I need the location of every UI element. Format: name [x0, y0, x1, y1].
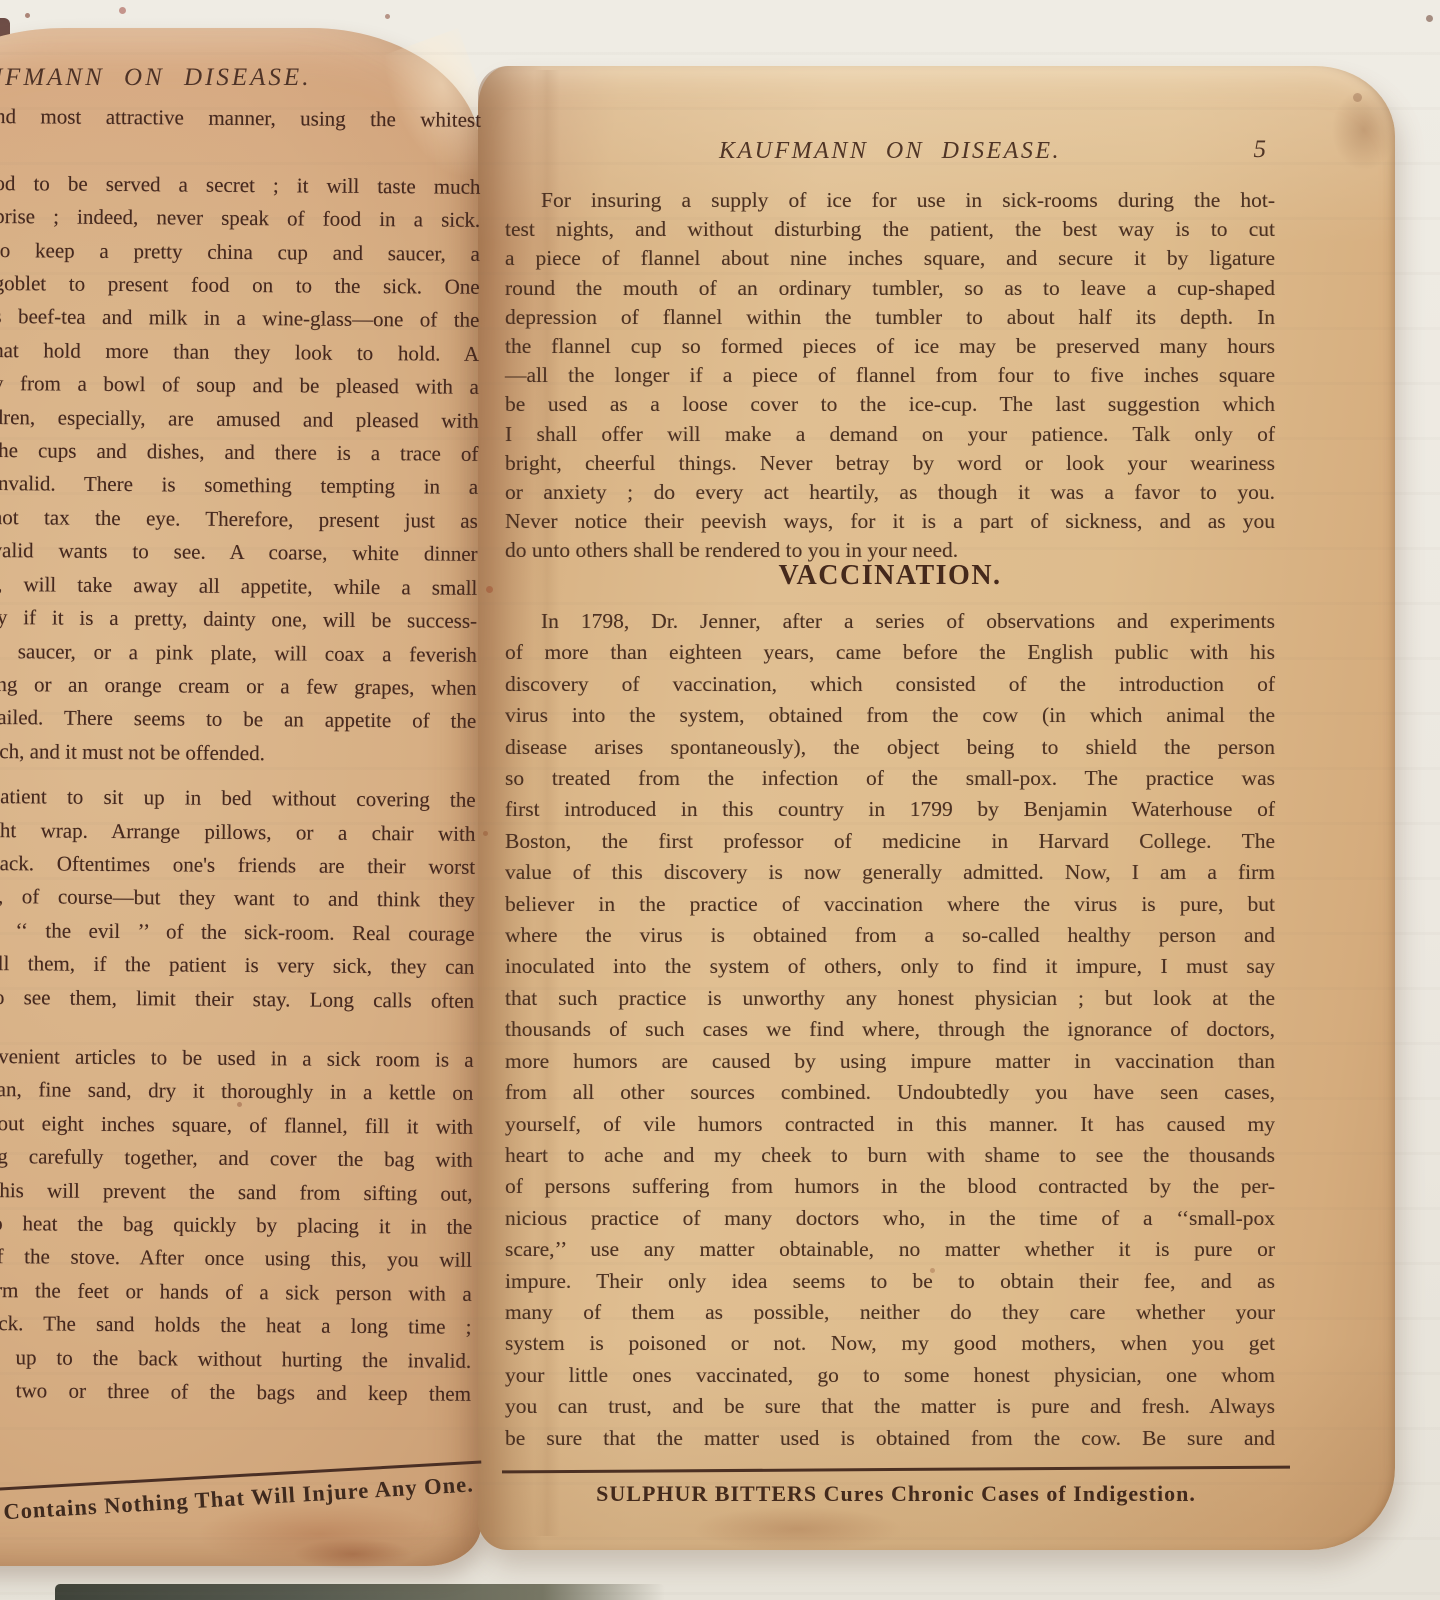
text-line: a piece of flannel about nine inches squ… — [505, 244, 1275, 273]
text-line: round the mouth of an ordinary tumbler, … — [505, 274, 1275, 303]
table-edge — [55, 1584, 665, 1600]
text-line: of persons suffering from humors in the … — [505, 1171, 1275, 1202]
text-line: disease arises spontaneously), the objec… — [505, 732, 1275, 763]
text-line: impure. Their only idea seems to be to o… — [505, 1266, 1275, 1297]
text-line: ell them, if the patient is very sick, t… — [0, 947, 474, 984]
text-line: nicious practice of many doctors who, in… — [505, 1203, 1275, 1234]
text-line: hat hold more than they look to hold. A — [0, 334, 479, 371]
text-line: system is poisoned or not. Now, my good … — [505, 1328, 1275, 1359]
text-line: failed. There seems to be an appetite of… — [0, 701, 476, 738]
text-line: ach, and it must not be offended. — [0, 735, 476, 772]
text-line: inoculated into the system of others, on… — [505, 951, 1275, 982]
text-line: rick. The sand holds the heat a long tim… — [0, 1307, 472, 1344]
text-line: y from a bowl of soup and be pleased wit… — [0, 367, 479, 404]
text-line: believer in the practice of vaccination … — [505, 889, 1275, 920]
text-line: od to be served a secret ; it will taste… — [0, 167, 481, 204]
text-line: where the virus is obtained from a so-ca… — [505, 920, 1275, 951]
right-running-header: KAUFMANN ON DISEASE. — [505, 138, 1275, 165]
text-line: e ‘‘ the evil ’’ of the sick-room. Real … — [0, 914, 475, 951]
text-line: to keep a pretty china cup and saucer, a — [0, 234, 480, 271]
text-line: test nights, and without disturbing the … — [505, 215, 1275, 244]
text-line: yourself, of vile humors contracted in t… — [505, 1109, 1275, 1140]
text-line: more humors are caused by using impure m… — [505, 1046, 1275, 1077]
right-footer-slogan: SULPHUR BITTERS Cures Chronic Cases of I… — [502, 1481, 1290, 1507]
text-line: of more than eighteen years, came before… — [505, 637, 1275, 668]
text-line: patient to sit up in bed without coverin… — [0, 780, 476, 817]
text-line: so treated from the infection of the sma… — [505, 763, 1275, 794]
text-line: Never notice their peevish ways, for it … — [505, 507, 1275, 536]
text-line: In 1798, Dr. Jenner, after a series of o… — [505, 606, 1275, 637]
text-line: heart to ache and my cheek to burn with … — [505, 1140, 1275, 1171]
left-paragraph: od to be served a secret ; it will taste… — [0, 167, 481, 772]
text-line: the flannel cup so formed pieces of ice … — [505, 332, 1275, 361]
text-line: not tax the eye. Therefore, present just… — [0, 501, 478, 538]
text-line: be sure that the matter used is obtained… — [505, 1423, 1275, 1454]
text-line: that such practice is unworthy any hones… — [505, 983, 1275, 1014]
text-line: the cups and dishes, and there is a trac… — [0, 434, 478, 471]
text-line: many of them as possible, neither do the… — [505, 1297, 1275, 1328]
text-line: ing or an orange cream or a few grapes, … — [0, 668, 477, 705]
text-line: value of this discovery is now generally… — [505, 857, 1275, 888]
text-line: thousands of such cases we find where, t… — [505, 1014, 1275, 1045]
text-line: nvenient articles to be used in a sick r… — [0, 1040, 474, 1077]
text-line: ly if it is a pretty, dainty one, will b… — [0, 601, 477, 638]
text-line: of the stove. After once using this, you… — [0, 1240, 472, 1277]
text-line: or anxiety ; do every act heartily, as t… — [505, 478, 1275, 507]
text-line: e two or three of the bags and keep them — [0, 1374, 471, 1411]
text-line: prise ; indeed, never speak of food in a… — [0, 200, 480, 237]
text-line: goblet to present food on to the sick. O… — [0, 267, 480, 304]
page-number: 5 — [1210, 136, 1266, 164]
left-paragraph-fragment: nd most attractive manner, using the whi… — [0, 100, 481, 171]
text-line: invalid. There is something tempting in … — [0, 467, 478, 504]
right-paragraph-1: For insuring a supply of ice for use in … — [505, 186, 1275, 566]
text-line: l, will take away all appetite, while a … — [0, 568, 477, 605]
left-running-header: UFMANN ON DISEASE. — [0, 64, 311, 92]
text-line: to see them, limit their stay. Long call… — [0, 981, 474, 1018]
paper-specks — [25, 13, 30, 18]
text-line: dren, especially, are amused and pleased… — [0, 401, 479, 438]
text-line: arm the feet or hands of a sick person w… — [0, 1274, 472, 1311]
book-photo: UFMANN ON DISEASE. nd most attractive ma… — [0, 0, 1440, 1600]
text-line: This will prevent the sand from sifting … — [0, 1174, 473, 1211]
text-line: your little ones vaccinated, go to some … — [505, 1360, 1275, 1391]
text-line: scare,’’ use any matter obtainable, no m… — [505, 1234, 1275, 1265]
text-line: For insuring a supply of ice for use in … — [505, 186, 1275, 215]
text-line: e saucer, or a pink plate, will coax a f… — [0, 635, 477, 672]
text-line: ng carefully together, and cover the bag… — [0, 1140, 473, 1177]
text-line: virus into the system, obtained from the… — [505, 700, 1275, 731]
text-line: valid wants to see. A coarse, white dinn… — [0, 534, 478, 571]
text-line: you can trust, and be sure that the matt… — [505, 1391, 1275, 1422]
text-line: I shall offer will make a demand on your… — [505, 420, 1275, 449]
text-line: —all the longer if a piece of flannel fr… — [505, 361, 1275, 390]
left-page-text: nd most attractive manner, using the whi… — [0, 100, 481, 1411]
left-paragraph: nvenient articles to be used in a sick r… — [0, 1040, 474, 1411]
text-line: from all other sources combined. Undoubt… — [505, 1077, 1275, 1108]
text-line: back. Oftentimes one's friends are their… — [0, 847, 475, 884]
text-line: discovery of vaccination, which consiste… — [505, 669, 1275, 700]
text-line: to heat the bag quickly by placing it in… — [0, 1207, 472, 1244]
text-line: . — [0, 133, 481, 170]
text-line: y, of course—but they want to and think … — [0, 880, 475, 917]
text-line: ght wrap. Arrange pillows, or a chair wi… — [0, 814, 476, 851]
left-paragraph: patient to sit up in bed without coverin… — [0, 780, 476, 1018]
text-line: first introduced in this country in 1799… — [505, 794, 1275, 825]
right-paragraph-2: In 1798, Dr. Jenner, after a series of o… — [505, 606, 1275, 1454]
text-line: bright, cheerful things. Never betray by… — [505, 449, 1275, 478]
text-line: be used as a loose cover to the ice-cup.… — [505, 390, 1275, 419]
text-line: depression of flannel within the tumbler… — [505, 303, 1275, 332]
text-line: ean, fine sand, dry it thoroughly in a k… — [0, 1073, 473, 1110]
text-line: nd most attractive manner, using the whi… — [0, 100, 481, 137]
text-line: d up to the back without hurting the inv… — [0, 1341, 471, 1378]
text-line: bout eight inches square, of flannel, fi… — [0, 1107, 473, 1144]
text-line: Boston, the first professor of medicine … — [505, 826, 1275, 857]
text-line: s beef-tea and milk in a wine-glass—one … — [0, 300, 480, 337]
section-heading-vaccination: VACCINATION. — [505, 560, 1275, 592]
